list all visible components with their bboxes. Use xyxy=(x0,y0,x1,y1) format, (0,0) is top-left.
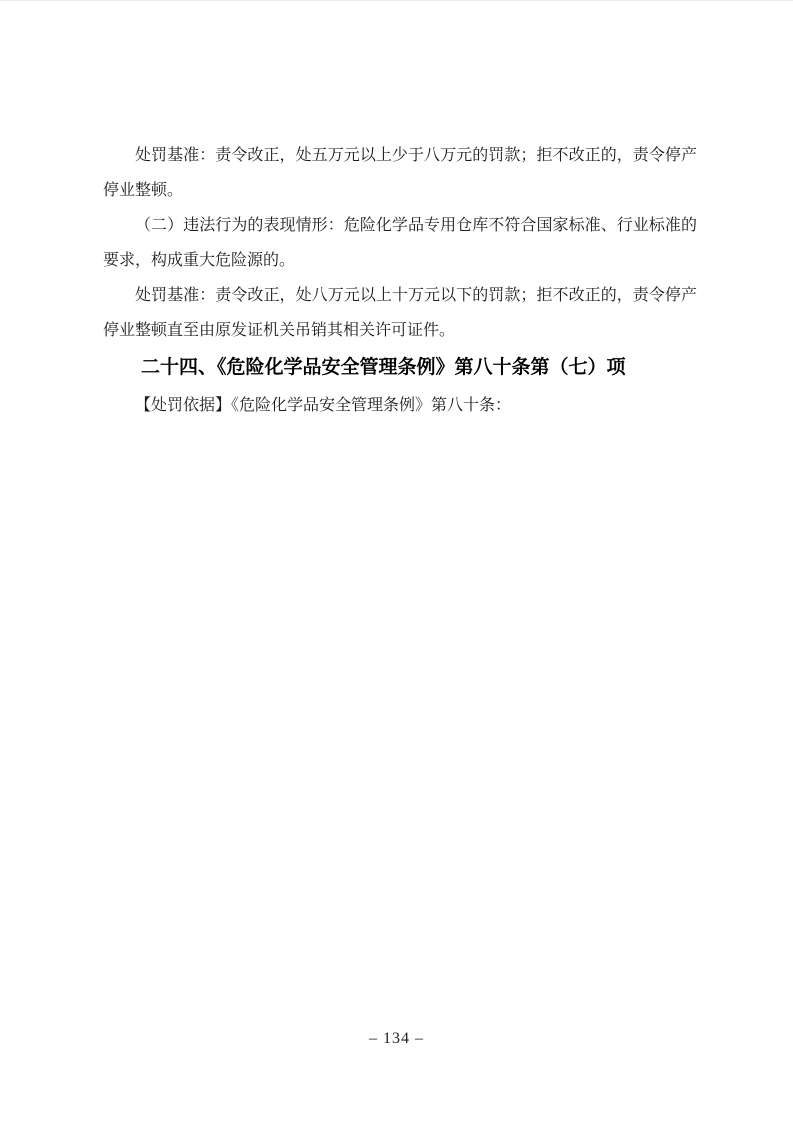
page-number: – 134 – xyxy=(0,1027,793,1051)
section-heading: 二十四、《危险化学品安全管理条例》第八十条第（七）项 xyxy=(103,348,697,388)
paragraph-violation-situation: （二）违法行为的表现情形：危险化学品专用仓库不符合国家标准、行业标准的要求，构成… xyxy=(103,208,697,278)
paragraph-penalty-basis-2: 处罚基准：责令改正，处八万元以上十万元以下的罚款；拒不改正的，责令停产停业整顿直… xyxy=(103,278,697,348)
document-page: 处罚基准：责令改正，处五万元以上少于八万元的罚款；拒不改正的，责令停产停业整顿。… xyxy=(0,0,793,1122)
page-content: 处罚基准：责令改正，处五万元以上少于八万元的罚款；拒不改正的，责令停产停业整顿。… xyxy=(103,138,697,423)
paragraph-penalty-reference: 【处罚依据】《危险化学品安全管理条例》第八十条： xyxy=(103,388,697,423)
paragraph-penalty-basis-1: 处罚基准：责令改正，处五万元以上少于八万元的罚款；拒不改正的，责令停产停业整顿。 xyxy=(103,138,697,208)
